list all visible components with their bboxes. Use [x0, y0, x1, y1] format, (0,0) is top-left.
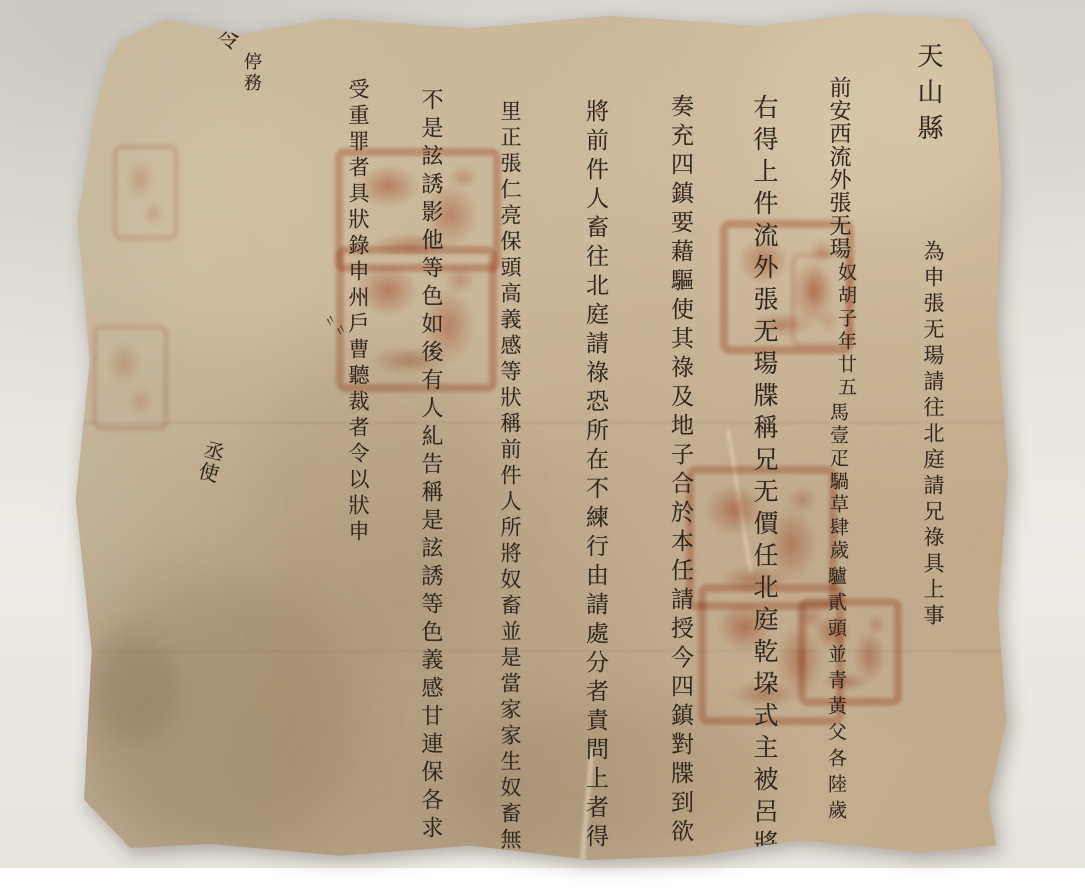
body-column-1-note-horse: 馬壹疋騧草肆歲 — [828, 402, 847, 563]
manuscript-paper: 天山縣 為申張无瑒請往北庭請兄祿具上事 前安西流外張无瑒 奴胡子年廿五 馬壹疋騧… — [70, 14, 1012, 860]
faded-seal-impression — [92, 324, 169, 431]
manuscript-paper-wrapper: 天山縣 為申張无瑒請往北庭請兄祿具上事 前安西流外張无瑒 奴胡子年廿五 馬壹疋騧… — [70, 14, 1012, 860]
annotation-assistant-signature: 丞使 — [195, 438, 225, 486]
paper-stain — [70, 574, 350, 854]
body-column-7: 受重罪者具狀錄申州戶曹聽裁者令以狀申 — [347, 78, 368, 546]
body-column-2: 右得上件流外張无瑒牒稱兄无價任北庭乾垜式主被呂將軍 — [752, 94, 777, 868]
subject-line: 為申張无瑒請往北庭請兄祿具上事 — [922, 240, 943, 630]
body-column-6: 不是詃誘影他等色如後有人糺告稱是詃誘等色義感甘連保各求 — [419, 88, 441, 844]
body-column-3: 奏充四鎮要藉驅使其祿及地子合於本任請授今四鎮對牒到欲 — [668, 94, 691, 848]
paper-crease — [727, 430, 753, 574]
paper-stain — [90, 634, 180, 744]
annotation-magistrate-status: 停務 — [242, 52, 260, 94]
annotation-magistrate: 令 — [215, 28, 237, 50]
faded-seal-impression — [112, 144, 179, 241]
paper-stain — [130, 94, 340, 364]
body-column-4: 將前件人畜往北庭請祿恐所在不練行由請處分者責問上者得 — [583, 99, 606, 853]
body-column-5: 里正張仁亮保頭高義感等狀稱前件人所將奴畜並是當家家生奴畜無 — [499, 100, 520, 854]
body-column-1: 前安西流外張无瑒 — [827, 76, 849, 260]
paper-crease — [70, 650, 1012, 652]
official-seal-impression — [798, 598, 902, 706]
paper-crease — [70, 422, 1012, 424]
paper-stain — [760, 4, 1010, 214]
body-column-1-note-donkeys: 驢貳頭並青黃父各陸歲 — [826, 566, 845, 826]
county-header: 天山縣 — [915, 42, 941, 150]
body-column-1-note-slave: 奴胡子年廿五 — [836, 262, 855, 400]
paper-stain — [250, 344, 500, 654]
photo-backdrop: 天山縣 為申張无瑒請往北庭請兄祿具上事 前安西流外張无瑒 奴胡子年廿五 馬壹疋騧… — [0, 0, 1085, 868]
